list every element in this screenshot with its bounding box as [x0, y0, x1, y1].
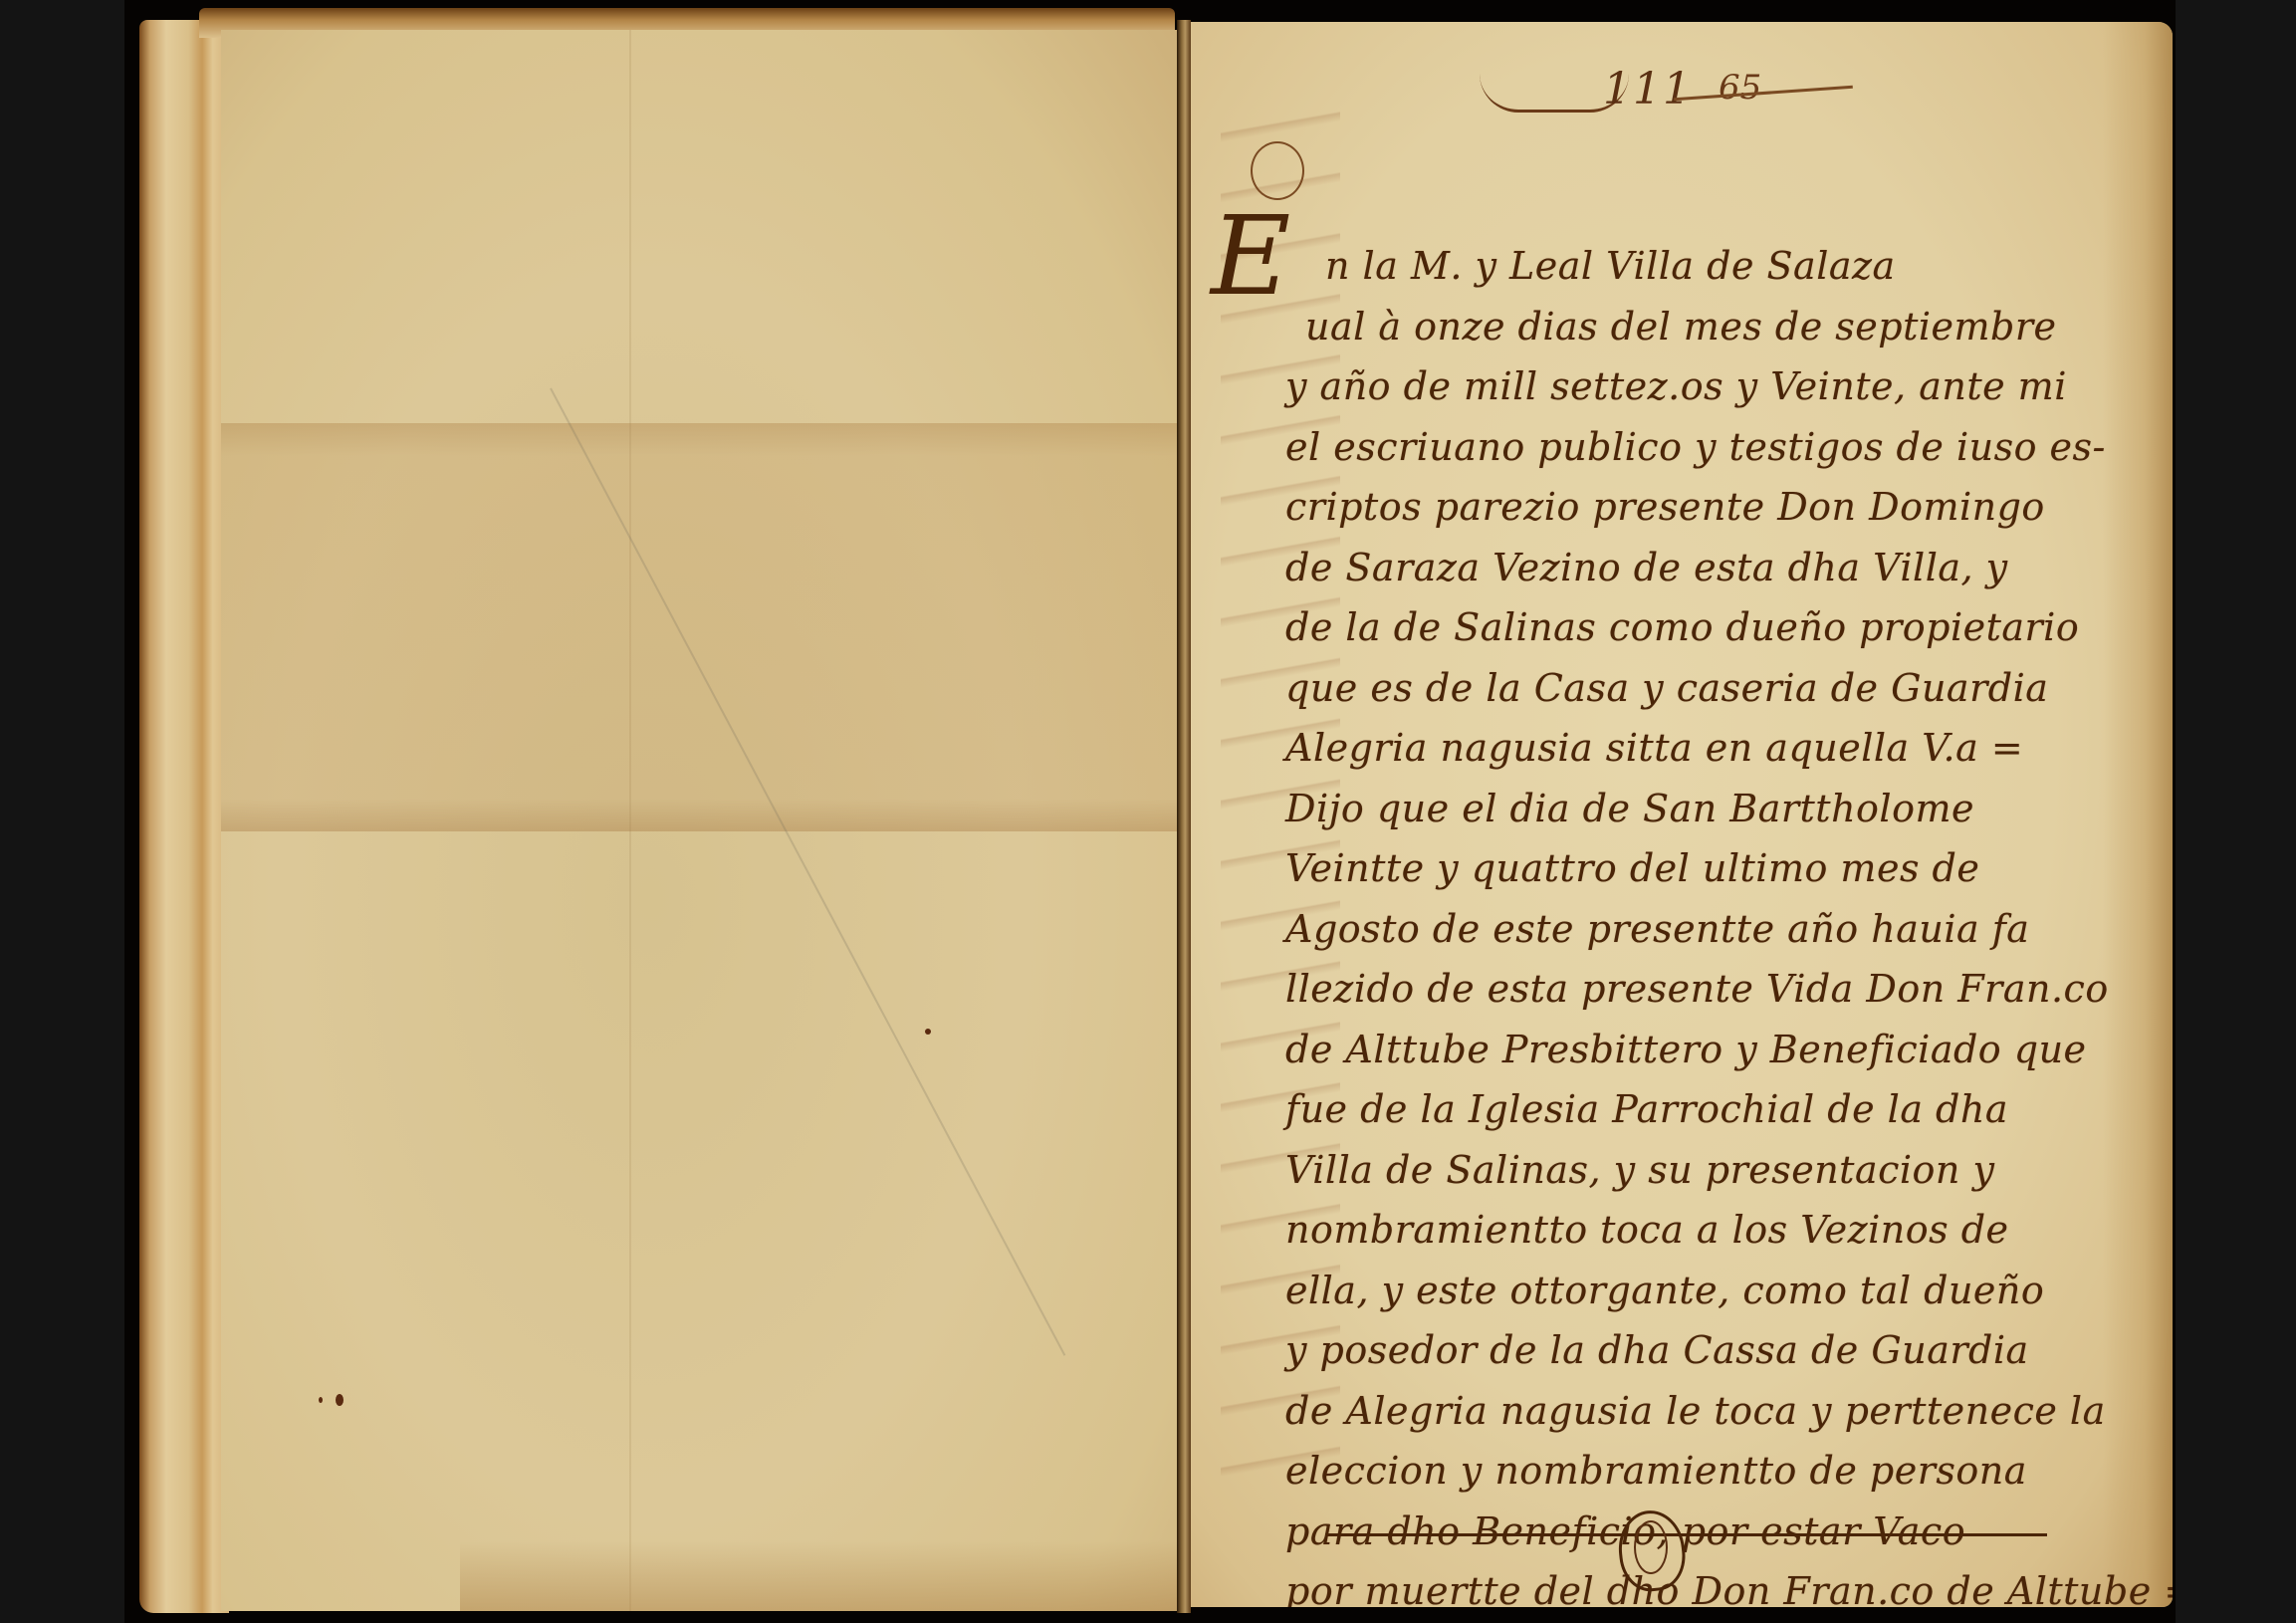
text-line: por muertte del dho Don Fran.co de Alttu…: [1285, 1561, 2112, 1607]
strikethrough-line: [1674, 86, 1853, 102]
left-page-edge-stack: [139, 20, 229, 1613]
text-line: ella, y este ottorgante, como tal dueño: [1285, 1261, 2112, 1321]
text-line: Dijo que el dia de San Barttholome: [1285, 779, 2112, 839]
text-line: y posedor de la dha Cassa de Guardia: [1285, 1320, 2112, 1381]
text-line: el escriuano publico y testigos de iuso …: [1285, 417, 2112, 478]
ink-spot: [925, 1029, 931, 1035]
left-page: [221, 30, 1177, 1611]
ink-spot: [319, 1397, 323, 1403]
text-line: de Saraza Vezino de esta dha Villa, y: [1285, 538, 2112, 598]
text-line: criptos parezio presente Don Domingo: [1285, 477, 2112, 538]
book-gutter: [1177, 20, 1191, 1613]
text-line: nombramientto toca a los Vezinos de: [1285, 1200, 2112, 1261]
notary-rubric-inner: [1634, 1520, 1668, 1574]
text-line: fue de la Iglesia Parrochial de la dha: [1285, 1079, 2112, 1140]
ink-spot: [336, 1394, 344, 1406]
drop-cap: E: [1211, 201, 1290, 311]
text-line: para dho Beneficio, por estar Vaco: [1285, 1502, 2112, 1562]
right-page: 111 65 E n la M. y Leal Villa de Salaza …: [1191, 22, 2173, 1607]
text-line: ual à onze dias del mes de septiembre: [1285, 297, 2112, 357]
outer-background-left: [0, 0, 124, 1623]
text-line: Agosto de este presentte año hauia fa: [1285, 899, 2112, 960]
text-line: llezido de esta presente Vida Don Fran.c…: [1285, 959, 2112, 1020]
folio-number-struck: 65: [1719, 68, 1761, 108]
text-line: de la de Salinas como dueño propietario: [1285, 597, 2112, 658]
closing-line: [1325, 1533, 2047, 1536]
manuscript-text: n la M. y Leal Villa de Salaza ual à onz…: [1285, 236, 2112, 1607]
text-line: y año de mill settez.os y Veinte, ante m…: [1285, 356, 2112, 417]
fold-crease-vertical: [629, 30, 631, 1611]
text-line: n la M. y Leal Villa de Salaza: [1285, 236, 2112, 297]
folio-number: 111: [1603, 64, 1693, 115]
text-line: Villa de Salinas, y su presentacion y: [1285, 1140, 2112, 1201]
text-line: eleccion y nombramientto de persona: [1285, 1441, 2112, 1502]
stain-band: [221, 423, 1177, 831]
outer-background-right: [2176, 0, 2296, 1623]
text-line: de Alegria nagusia le toca y perttenece …: [1285, 1381, 2112, 1442]
water-stain-bottom: [460, 1541, 1177, 1611]
right-page-edge: [2103, 22, 2173, 1607]
text-line: Alegria nagusia sitta en aquella V.a =: [1285, 718, 2112, 779]
text-line: que es de la Casa y caseria de Guardia: [1285, 658, 2112, 719]
text-line: de Alttube Presbittero y Beneficiado que: [1285, 1020, 2112, 1080]
text-line: Veintte y quattro del ultimo mes de: [1285, 838, 2112, 899]
